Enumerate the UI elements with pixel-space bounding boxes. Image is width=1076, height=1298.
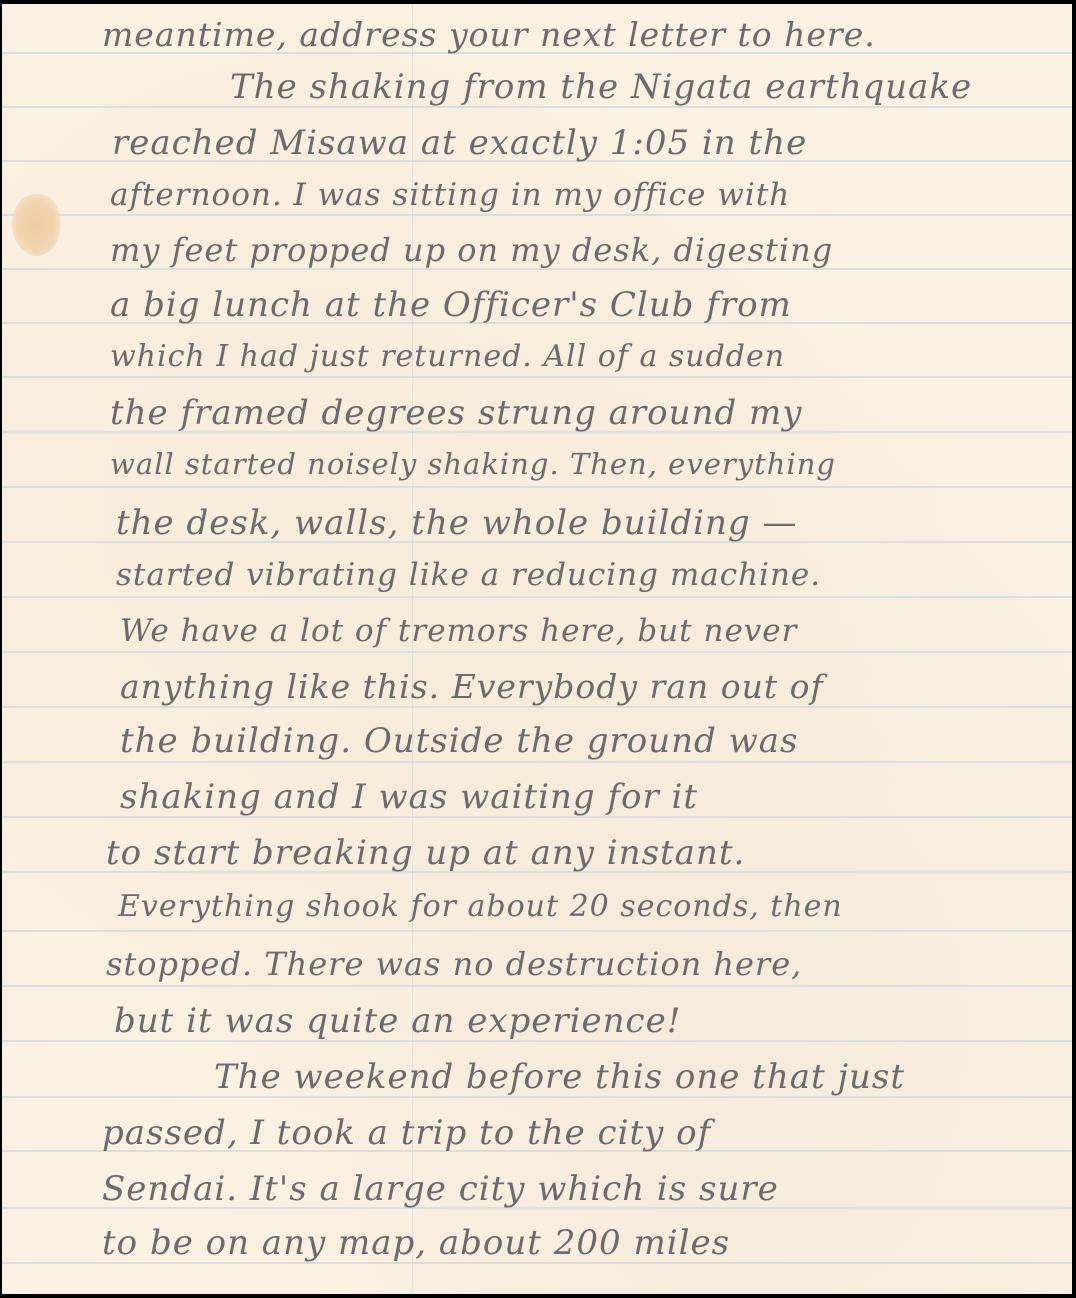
text-line: We have a lot of tremors here, but never	[120, 616, 797, 647]
text-line: my feet propped up on my desk, digesting	[110, 234, 833, 266]
text-line: afternoon. I was sitting in my office wi…	[110, 180, 790, 211]
ruled-line	[2, 706, 1072, 708]
text-line: reached Misawa at exactly 1:05 in the	[112, 126, 807, 160]
text-line: the framed degrees strung around my	[110, 396, 802, 430]
ruled-line	[2, 761, 1072, 763]
text-line: started vibrating like a reducing machin…	[116, 560, 821, 591]
ruled-line	[2, 596, 1072, 598]
ruled-line	[2, 214, 1072, 216]
text-line: Sendai. It's a large city which is sure	[102, 1172, 779, 1206]
text-line: a big lunch at the Officer's Club from	[110, 288, 792, 322]
ruled-line	[2, 985, 1072, 987]
text-line: passed, I took a trip to the city of	[102, 1116, 711, 1150]
ruled-line	[2, 376, 1072, 378]
text-line: The shaking from the Nigata earthquake	[230, 70, 972, 104]
text-line: Everything shook for about 20 seconds, t…	[118, 892, 843, 922]
ruled-line	[2, 930, 1072, 932]
water-stain	[12, 194, 60, 256]
text-line: to start breaking up at any instant.	[106, 836, 745, 870]
text-line: anything like this. Everybody ran out of	[120, 670, 824, 703]
text-line: The weekend before this one that just	[214, 1060, 905, 1094]
text-line: which I had just returned. All of a sudd…	[110, 342, 785, 372]
ruled-line	[2, 651, 1072, 653]
text-line: to be on any map, about 200 miles	[102, 1226, 730, 1260]
text-line: shaking and I was waiting for it	[120, 780, 698, 814]
text-line: meantime, address your next letter to he…	[102, 18, 876, 51]
text-line: stopped. There was no destruction here,	[106, 948, 802, 980]
letter-page: meantime, address your next letter to he…	[2, 4, 1072, 1294]
text-line: wall started noisely shaking. Then, ever…	[110, 450, 836, 479]
text-line: the building. Outside the ground was	[120, 724, 798, 758]
text-line: the desk, walls, the whole building —	[116, 506, 798, 540]
ruled-line	[2, 486, 1072, 488]
text-line: but it was quite an experience!	[114, 1004, 681, 1038]
